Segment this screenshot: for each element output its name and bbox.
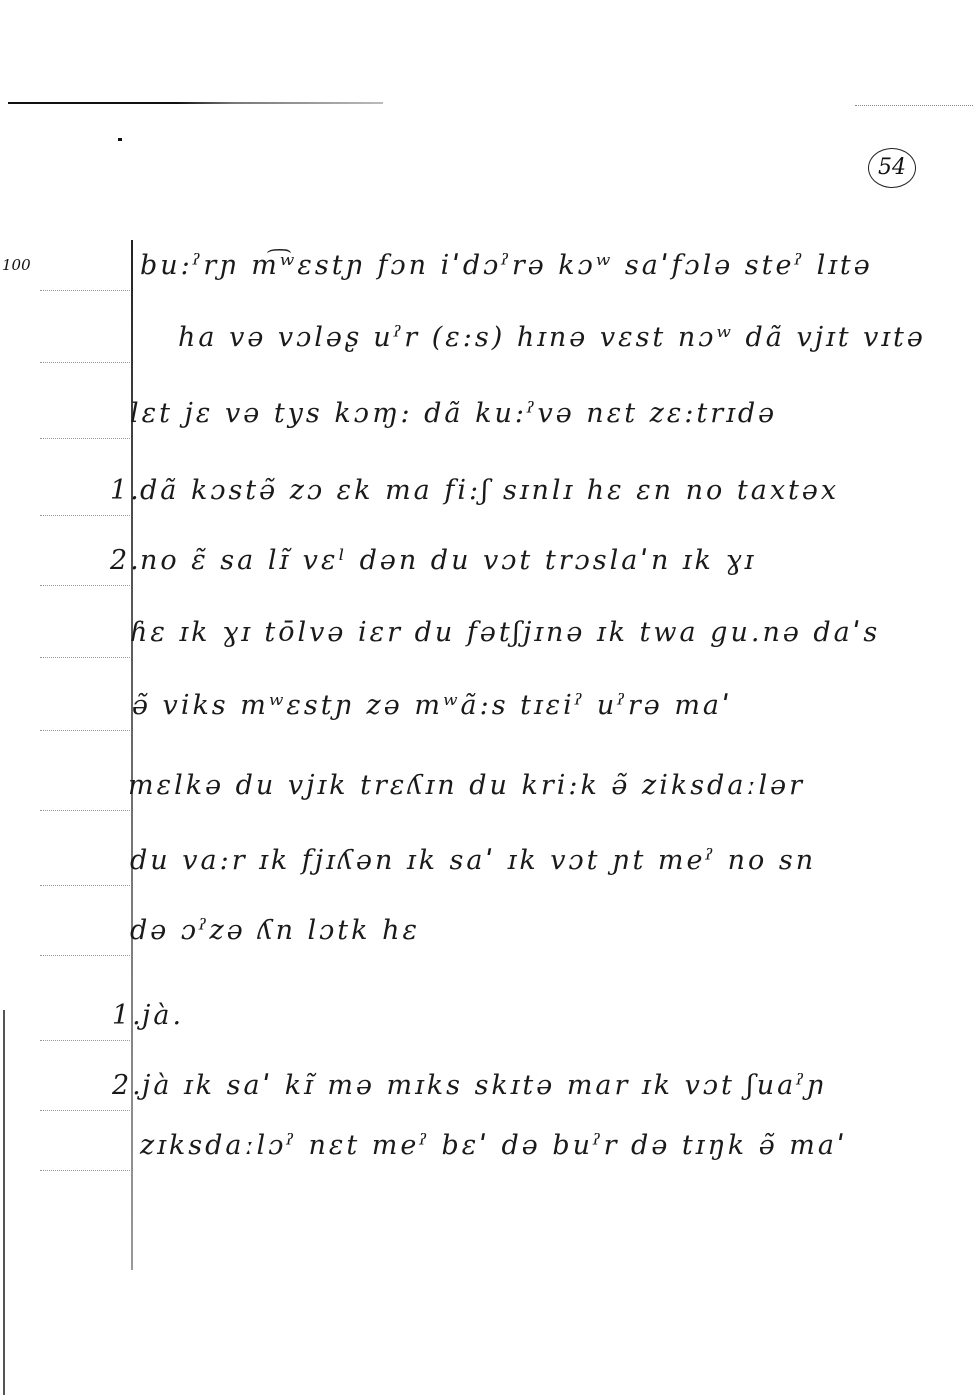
dotted-guide-line: [40, 362, 130, 363]
line-text: lɛt jɛ və tys kɔɱ: dã ku:ˀvə nɛt zɛ:trɪd…: [130, 398, 777, 429]
margin-rule: [131, 240, 133, 1270]
dotted-guide-line: [40, 585, 130, 586]
handwritten-line: 2.jà ɪk saˈ kɪ̃ mə mɪks skɪtə mar ɪk vɔt…: [112, 1070, 827, 1101]
line-text: bu:ˀrɲ m͡ʷɛstɲ fɔn iˈdɔˀrə kɔʷ saˈfɔlə s…: [140, 250, 873, 281]
dotted-guide-line: [40, 1170, 130, 1171]
line-text: ə̃ viks mʷɛstɲ zə mʷã:s tɪɛiˀ uˀrə maˈ: [132, 690, 733, 721]
line-text: ɦɛ ɪk ɣɪ tōlvə iɛr du fətʃjɪnə ɪk twa gu…: [130, 617, 880, 648]
dotted-guide-line: [40, 1110, 130, 1111]
line-text: də ɔˀzə ʎn lɔtk hɛ: [130, 915, 420, 946]
line-item-number: 2.: [110, 545, 140, 576]
handwritten-line: du va:r ɪk fjɪʎən ɪk saˈ ɪk vɔt ɲt meˀ n…: [130, 845, 816, 876]
line-text: jà ɪk saˈ kɪ̃ mə mɪks skɪtə mar ɪk vɔt ʃ…: [142, 1070, 827, 1101]
header-rule: [8, 102, 383, 104]
scan-edge: [3, 1010, 5, 1395]
handwritten-line: bu:ˀrɲ m͡ʷɛstɲ fɔn iˈdɔˀrə kɔʷ saˈfɔlə s…: [140, 250, 873, 281]
ink-mark: [118, 138, 122, 141]
dotted-guide-line: [40, 515, 130, 516]
line-text: zɪksdaːlɔˀ nɛt meˀ bɛˈ də buˀr də tɪŋk ə…: [140, 1130, 848, 1161]
handwritten-line: zɪksdaːlɔˀ nɛt meˀ bɛˈ də buˀr də tɪŋk ə…: [140, 1130, 848, 1161]
line-text: jà.: [142, 1000, 184, 1031]
dotted-guide-line: [40, 885, 130, 886]
margin-line-number: 100: [2, 256, 31, 274]
dotted-guide-line: [40, 1040, 130, 1041]
handwritten-line: 1.dã kɔstə̃ zɔ ɛk ma fi:ʃ sɪnlɪ hɛ ɛn no…: [110, 475, 839, 506]
circled-page-number: 54: [868, 148, 916, 188]
header-rule-right: [855, 105, 973, 106]
handwritten-line: 2.no ɛ̃ sa lɪ̃ vɛˡ dən du vɔt trɔslaˈn ɪ…: [110, 545, 756, 576]
line-text: ha və vɔləʂ uˀr (ɛ:s) hɪnə vɛst nɔʷ dã v…: [178, 322, 926, 353]
dotted-guide-line: [40, 730, 130, 731]
dotted-guide-line: [40, 657, 130, 658]
line-text: no ɛ̃ sa lɪ̃ vɛˡ dən du vɔt trɔslaˈn ɪk …: [140, 545, 756, 576]
dotted-guide-line: [40, 810, 130, 811]
handwritten-line: də ɔˀzə ʎn lɔtk hɛ: [130, 915, 420, 946]
line-text: du va:r ɪk fjɪʎən ɪk saˈ ɪk vɔt ɲt meˀ n…: [130, 845, 816, 876]
handwritten-line: ɦɛ ɪk ɣɪ tōlvə iɛr du fətʃjɪnə ɪk twa gu…: [130, 617, 880, 648]
handwritten-line: ha və vɔləʂ uˀr (ɛ:s) hɪnə vɛst nɔʷ dã v…: [178, 322, 926, 353]
line-item-number: 2.: [112, 1070, 142, 1101]
line-text: dã kɔstə̃ zɔ ɛk ma fi:ʃ sɪnlɪ hɛ ɛn no t…: [140, 475, 839, 506]
handwritten-line: lɛt jɛ və tys kɔɱ: dã ku:ˀvə nɛt zɛ:trɪd…: [130, 398, 777, 429]
handwritten-line: ə̃ viks mʷɛstɲ zə mʷã:s tɪɛiˀ uˀrə maˈ: [132, 690, 733, 721]
dotted-guide-line: [40, 955, 130, 956]
line-item-number: 1.: [112, 1000, 142, 1031]
handwritten-line: 1.jà.: [112, 1000, 184, 1031]
line-item-number: 1.: [110, 475, 140, 506]
handwritten-line: mɛlkə du vjɪk trɛʎɪn du kri:k ə̃ ziksdaː…: [128, 770, 805, 801]
dotted-guide-line: [40, 290, 130, 291]
dotted-guide-line: [40, 438, 130, 439]
line-text: mɛlkə du vjɪk trɛʎɪn du kri:k ə̃ ziksdaː…: [128, 770, 805, 801]
